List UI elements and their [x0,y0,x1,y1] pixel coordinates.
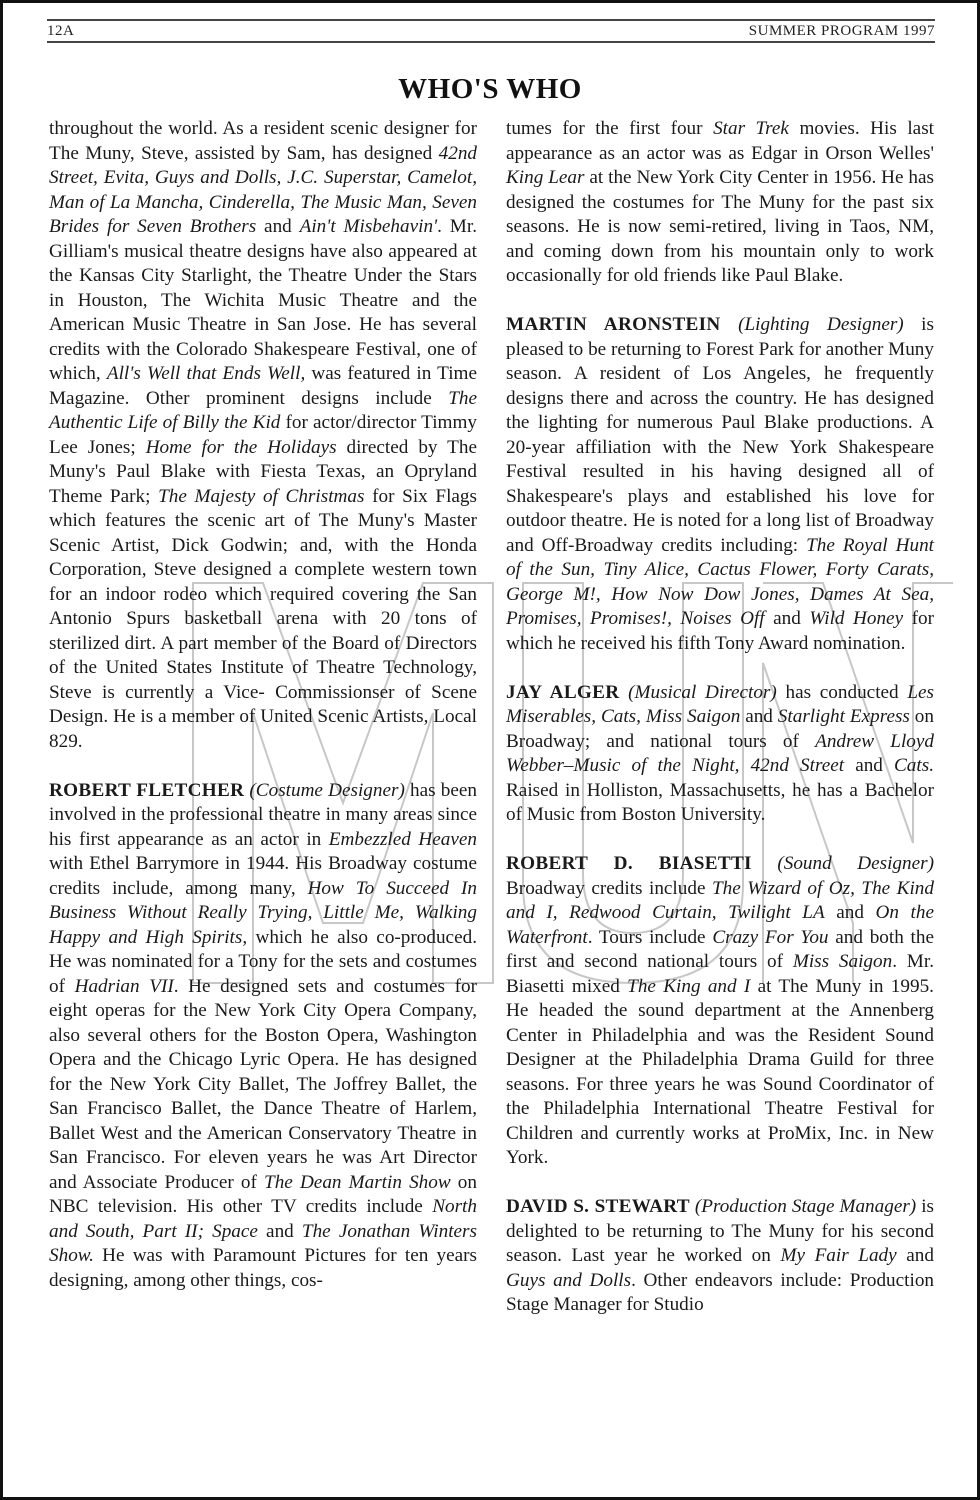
bio-body: Broadway credits include The Wizard of O… [506,878,934,1169]
italic-title: Wild Honey [809,608,903,629]
italic-title: Starlight Express [778,706,910,727]
italic-title: Ain't Misbehavin' [300,216,438,237]
italic-title: Home for the Holidays [146,437,337,458]
italic-title: The Majesty of Christmas [158,486,364,507]
fletcher-bio-continued: tumes for the first four Star Trek movie… [506,117,934,289]
bio-robert-fletcher: ROBERT FLETCHER (Costume Designer) has b… [49,779,477,1294]
italic-title: My Fair Lady [780,1245,896,1266]
italic-title: Hadrian VII [75,976,174,997]
italic-title: Embezzled Heaven [329,829,477,850]
bio-body: is pleased to be returning to Forest Par… [506,314,934,654]
italic-title: Miss Saigon [793,951,892,972]
right-column: tumes for the first four Star Trek movie… [506,117,934,1318]
bio-name: DAVID S. STEWART [506,1196,690,1217]
italic-title: The King and I [627,976,750,997]
bio-name: ROBERT FLETCHER [49,780,244,801]
italic-title: Guys and Dolls [506,1270,631,1291]
italic-title: The Wizard of Oz, The Kind and I, Redwoo… [506,878,934,924]
bio-role: (Musical Director) [628,682,777,703]
page-number: 12A [47,22,74,40]
bio-role: (Costume Designer) [249,780,404,801]
italic-title: Andrew Lloyd Webber–Music of the Night, … [506,731,934,777]
bio-robert-biasetti: ROBERT D. BIASETTI (Sound Designer) Broa… [506,852,934,1171]
italic-title: The Dean Martin Show [264,1172,451,1193]
italic-title: Crazy For You [712,927,828,948]
bio-martin-aronstein: MARTIN ARONSTEIN (Lighting Designer) is … [506,313,934,656]
bio-body: has been involved in the professional th… [49,780,477,1291]
bio-body: has conducted Les Miserables, Cats, Miss… [506,682,934,826]
bio-role: (Production Stage Manager) [695,1196,916,1217]
italic-title: All's Well that Ends Well, [107,363,305,384]
bio-role: (Lighting Designer) [738,314,904,335]
italic-title: How To Succeed In Business Without Reall… [49,878,477,948]
bio-name: ROBERT D. BIASETTI [506,853,752,874]
italic-title: Star Trek [713,118,789,139]
left-column: throughout the world. As a resident scen… [49,117,477,1293]
bio-jay-alger: JAY ALGER (Musical Director) has conduct… [506,681,934,828]
section-title: WHO'S WHO [3,73,977,106]
italic-title: Cats. [894,755,934,776]
italic-title: The Authentic Life of Billy the Kid [49,388,477,434]
bio-role: (Sound Designer) [777,853,934,874]
page-header: 12A SUMMER PROGRAM 1997 [47,19,935,43]
publication-title: SUMMER PROGRAM 1997 [749,22,935,40]
bio-name: MARTIN ARONSTEIN [506,314,721,335]
bio-name: JAY ALGER [506,682,619,703]
italic-title: King Lear [506,167,584,188]
gilliam-bio-continued: throughout the world. As a resident scen… [49,117,477,754]
program-page: 12A SUMMER PROGRAM 1997 WHO'S WHO throug… [0,0,980,1500]
bio-david-stewart: DAVID S. STEWART (Production Stage Manag… [506,1195,934,1318]
